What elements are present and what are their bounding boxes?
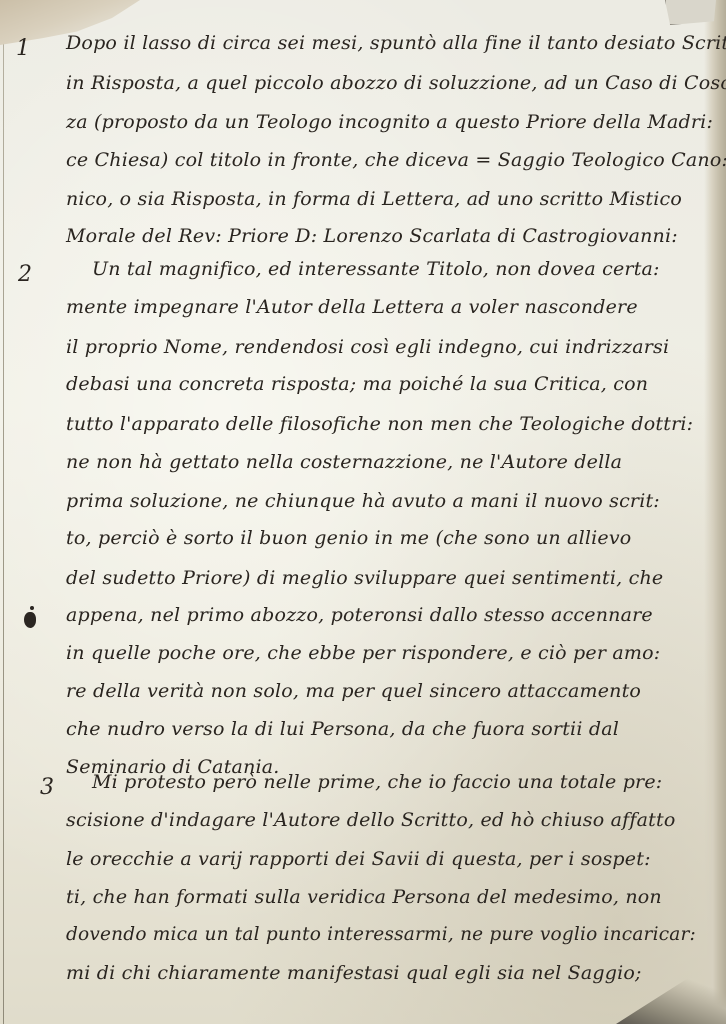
manuscript-line: Un tal magnifico, ed interessante Titolo…	[92, 258, 660, 280]
manuscript-line: prima soluzione, ne chiunque hà avuto a …	[66, 490, 660, 512]
manuscript-line: debasi una concreta risposta; ma poiché …	[66, 373, 648, 395]
manuscript-line: za (proposto da un Teologo incognito a q…	[66, 111, 713, 133]
paragraph-number: 2	[18, 262, 32, 287]
manuscript-line: che nudro verso la di lui Persona, da ch…	[66, 718, 619, 740]
manuscript-line: mente impegnare l'Autor della Lettera a …	[66, 296, 638, 318]
manuscript-line: Dopo il lasso di circa sei mesi, spuntò …	[66, 32, 726, 54]
manuscript-line: ti, che han formati sulla veridica Perso…	[66, 886, 662, 908]
manuscript-line: il proprio Nome, rendendosi così egli in…	[66, 336, 669, 358]
manuscript-line: nico, o sia Risposta, in forma di Letter…	[66, 188, 682, 210]
manuscript-line: dovendo mica un tal punto interessarmi, …	[66, 924, 696, 945]
manuscript-line: ne non hà gettato nella costernazzione, …	[66, 451, 622, 473]
paragraph-number: 3	[40, 775, 54, 800]
manuscript-line: to, perciò è sorto il buon genio in me (…	[66, 527, 631, 549]
binding-line	[3, 0, 4, 1024]
manuscript-line: in quelle poche ore, che ebbe per rispon…	[66, 642, 660, 664]
manuscript-line: tutto l'apparato delle filosofiche non m…	[66, 413, 693, 435]
paragraph-number: 1	[16, 36, 30, 61]
manuscript-line: le orecchie a varij rapporti dei Savii d…	[66, 848, 651, 870]
manuscript-page: 1 Dopo il lasso di circa sei mesi, spunt…	[0, 0, 726, 1024]
manuscript-line: Mi protesto però nelle prime, che io fac…	[92, 771, 662, 793]
manuscript-line: mi di chi chiaramente manifestasi qual e…	[66, 962, 642, 984]
manuscript-line: in Risposta, a quel piccolo abozzo di so…	[66, 72, 726, 94]
ink-blot-icon	[24, 612, 36, 628]
manuscript-line: appena, nel primo abozzo, poteronsi dall…	[66, 604, 653, 626]
manuscript-line: ce Chiesa) col titolo in fronte, che dic…	[66, 149, 726, 171]
manuscript-line: del sudetto Priore) di meglio sviluppare…	[66, 567, 663, 589]
paper-tab	[665, 0, 716, 25]
manuscript-line: re della verità non solo, ma per quel si…	[66, 680, 641, 702]
manuscript-line: scisione d'indagare l'Autore dello Scrit…	[66, 809, 675, 831]
manuscript-line: Morale del Rev: Priore D: Lorenzo Scarla…	[66, 225, 678, 247]
